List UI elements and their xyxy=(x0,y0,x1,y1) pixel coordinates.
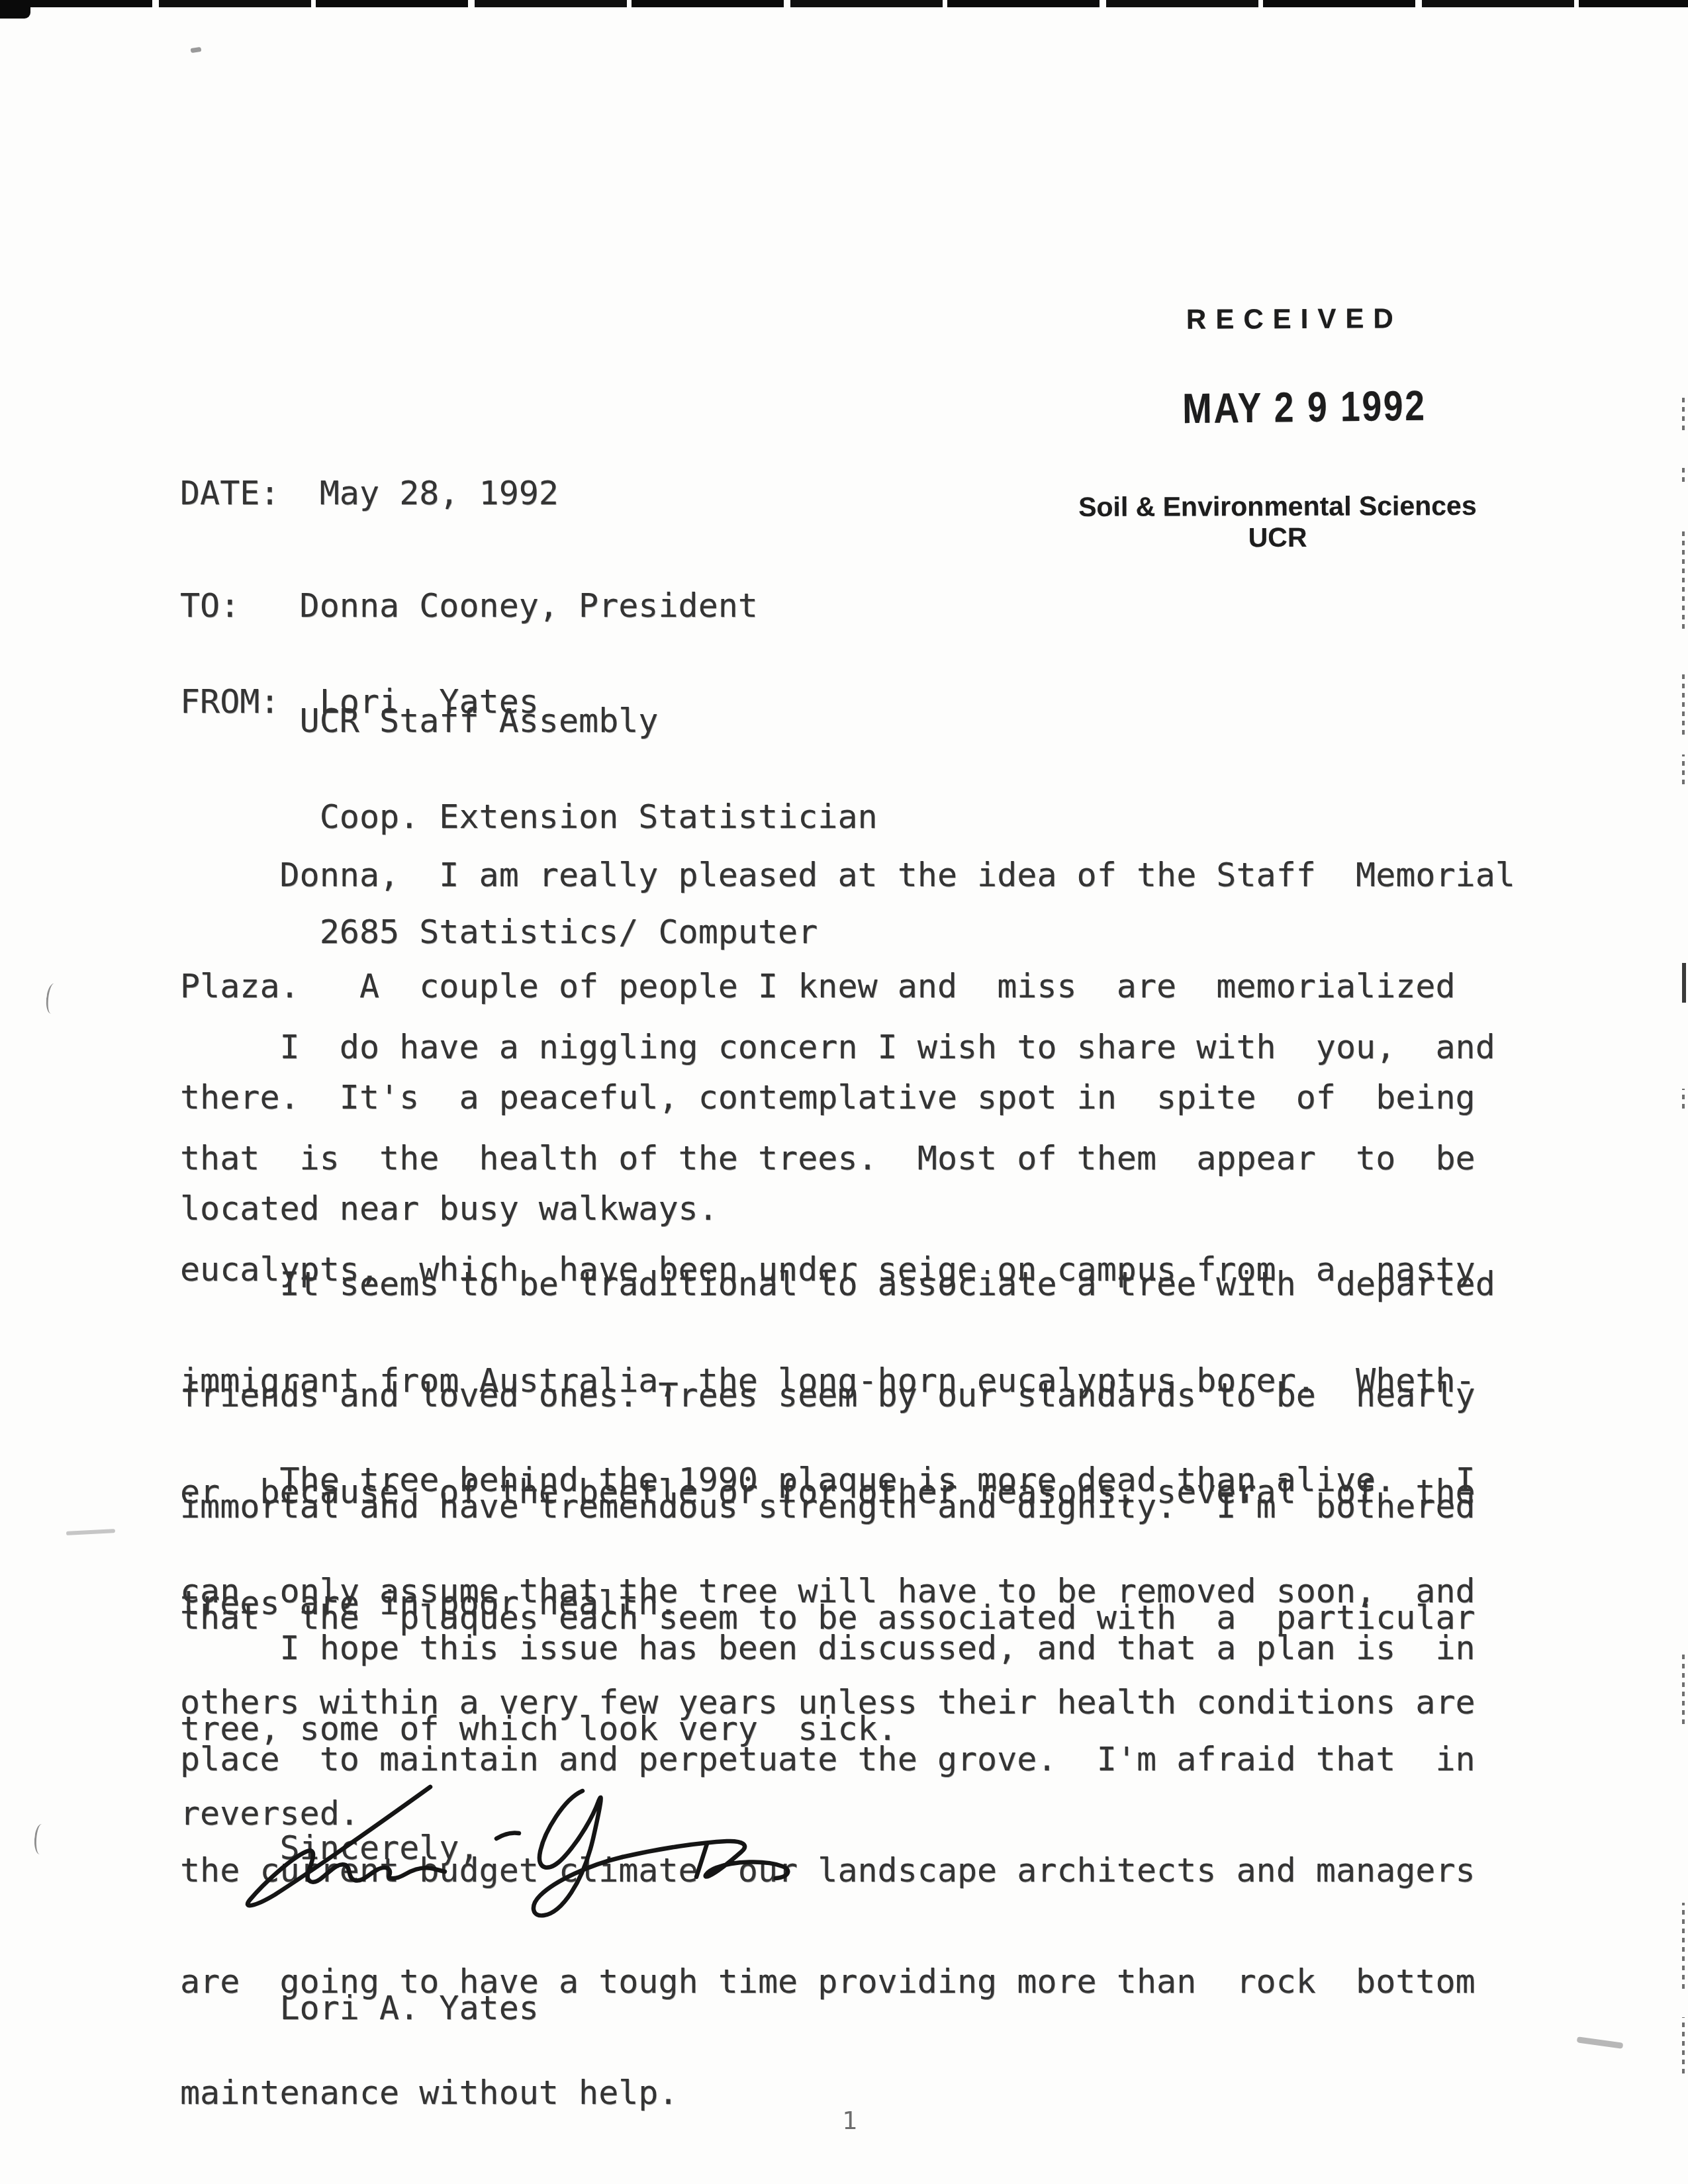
date-line: DATE: May 28, 1992 xyxy=(180,474,559,512)
memo-line: The tree behind the 1990 plaque is more … xyxy=(180,1463,1476,1497)
from-line: FROM: Lori Yates xyxy=(180,682,878,721)
scan-artifact-right-dash xyxy=(1682,394,1685,430)
scan-artifact-right-dash xyxy=(1682,754,1685,784)
received-date-stamp: MAY 2 9 1992 xyxy=(1182,381,1427,433)
signature-stroke-y xyxy=(534,1791,622,1915)
scan-artifact-right-dash xyxy=(1682,1651,1685,1724)
memo-line: that is the health of the trees. Most of… xyxy=(180,1141,1495,1175)
typed-name-block: Lori A. Yates xyxy=(180,1914,539,2102)
memo-page: RECEIVED MAY 2 9 1992 Soil & Environment… xyxy=(0,0,1688,2184)
scan-artifact-right-dash xyxy=(1682,672,1685,735)
signature-stroke-lori xyxy=(248,1787,445,1905)
scan-artifact-smudge xyxy=(1577,2036,1624,2049)
typed-name: Lori A. Yates xyxy=(180,1991,539,2025)
scan-artifact-paren xyxy=(45,983,61,1015)
memo-line: I do have a niggling concern I wish to s… xyxy=(180,1030,1495,1064)
memo-line: It seems to be traditional to associate … xyxy=(180,1267,1495,1301)
department-stamp-line2: UCR xyxy=(1059,522,1496,554)
memo-line: Donna, I am really pleased at the idea o… xyxy=(180,858,1515,892)
scan-artifact-smudge xyxy=(66,1529,115,1535)
scan-artifact-corner xyxy=(0,0,30,19)
signature-stroke-i-dash xyxy=(496,1833,519,1839)
scan-artifact-speck xyxy=(191,47,202,53)
scan-artifact-right-dash xyxy=(1682,1903,1685,1989)
signature xyxy=(238,1772,808,1921)
scan-artifact-right-dash xyxy=(1682,463,1685,482)
department-stamp: Soil & Environmental Sciences UCR xyxy=(1059,490,1496,554)
scan-artifact-top-edge xyxy=(0,0,1688,7)
memo-line: I hope this issue has been discussed, an… xyxy=(180,1631,1476,1665)
scan-artifact-right-dash xyxy=(1682,2017,1685,2073)
department-stamp-line1: Soil & Environmental Sciences xyxy=(1059,490,1496,523)
scan-artifact-right-dash xyxy=(1682,529,1685,629)
received-stamp: RECEIVED xyxy=(1186,302,1403,336)
page-number: 1 xyxy=(842,2106,857,2135)
scan-artifact-right-dash xyxy=(1682,1089,1685,1109)
scan-artifact-right-dash xyxy=(1682,963,1686,1003)
scan-artifact-paren xyxy=(33,1823,48,1854)
